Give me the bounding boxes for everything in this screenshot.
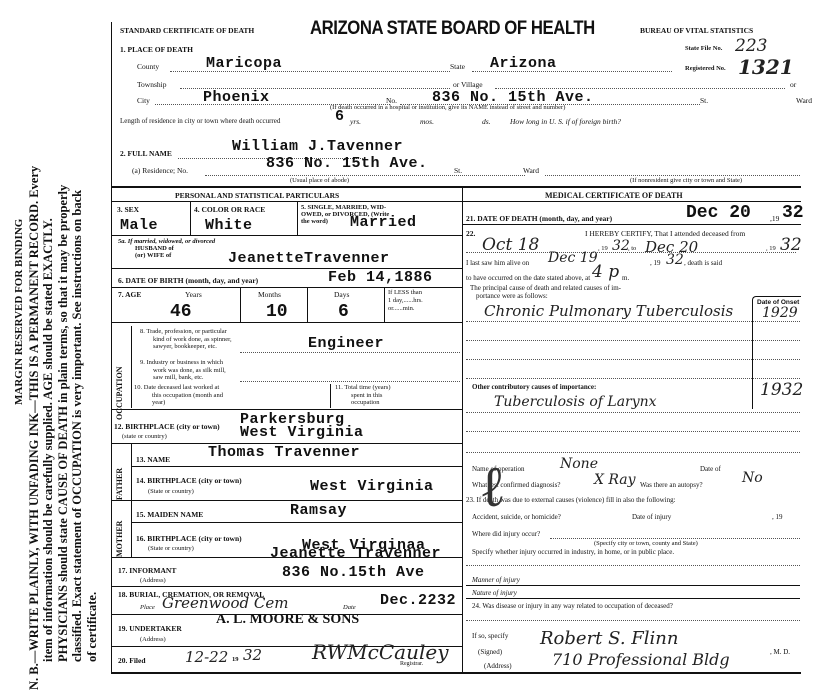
cell-divider: [384, 287, 385, 322]
race-value: White: [205, 217, 253, 234]
residence-label: (a) Residence; No.: [132, 166, 188, 175]
autopsy-value: No: [742, 470, 763, 486]
cause-line: [466, 378, 800, 379]
undertaker-stamp: A. L. MOORE & SONS: [216, 612, 359, 628]
divider: [462, 224, 801, 225]
dob-label: 6. DATE OF BIRTH (month, day, and year): [118, 276, 258, 285]
years-label: Years: [185, 290, 202, 299]
ward-line: [545, 175, 800, 176]
nature-label: Nature of injury: [472, 589, 517, 597]
md-label: , M. D.: [770, 648, 790, 656]
divider: [111, 287, 462, 288]
last-saw: Dec 19: [548, 250, 598, 266]
residence-value: 836 No. 15th Ave.: [266, 155, 428, 172]
divider: [466, 598, 800, 599]
age-months: 10: [266, 302, 288, 322]
state-label: State: [450, 62, 465, 71]
occupation-side-label: OCCUPATION: [115, 367, 124, 420]
registrar-label: Registrar.: [400, 661, 423, 667]
informant-address-label: (Address): [140, 577, 166, 584]
full-name-value: William J.Tavenner: [232, 138, 403, 155]
days-label: Days: [334, 290, 349, 299]
father-side-label: FATHER: [115, 468, 124, 500]
mother-maiden: Ramsay: [290, 502, 347, 519]
residence-years: 6: [335, 108, 345, 125]
where-label: Where did injury occur?: [472, 530, 540, 538]
place-label: Place: [140, 604, 155, 611]
informant-value: Jeanette Travenner: [270, 545, 441, 562]
months-label: Months: [258, 290, 281, 299]
occupation-related-label: 24. Was disease or injury in any way rel…: [472, 602, 673, 610]
undertaker-address-label: (Address): [140, 636, 166, 643]
nonresident-note: (If nonresident give city or town and St…: [630, 177, 742, 184]
from-19: , 19: [598, 245, 608, 252]
cause-line: [466, 340, 800, 341]
last-saw-year: 32: [666, 252, 684, 268]
if-so-label: If so, specify: [472, 632, 508, 640]
test-value: X Ray: [594, 472, 636, 488]
informant-label: 17. INFORMANT: [118, 566, 176, 575]
column-divider: [462, 186, 463, 672]
cause-line: [466, 452, 800, 453]
spouse-label: 5a. If married, widowed, or divorced HUS…: [118, 238, 215, 259]
margin-line: PHYSICIANS should state CAUSE OF DEATH i…: [56, 0, 71, 690]
attended-from: Oct 18: [482, 235, 539, 255]
city-label: City: [137, 96, 150, 105]
spouse-label-line: (or) WIFE of: [118, 252, 215, 259]
physician-address: 710 Professional Bldg: [552, 650, 730, 669]
city-value: Phoenix: [203, 89, 270, 106]
margin-line: item of information should be carefully …: [41, 0, 56, 690]
handwritten-mark: ℓ: [475, 453, 509, 521]
form-name: STANDARD CERTIFICATE OF DEATH: [120, 26, 254, 35]
hospital-note: (If death occurred in a hospital or inst…: [330, 104, 565, 111]
cause-line: [466, 412, 800, 413]
margin-line: N. B.—WRITE PLAINLY, WITH UNFADING INK—T…: [27, 0, 42, 690]
operation-date-label: Date of: [700, 465, 721, 473]
age-label: 7. AGE: [118, 290, 141, 299]
residence-ward-label: Ward: [523, 166, 539, 175]
cause-line: [466, 431, 800, 432]
burial-date-label: Date: [343, 604, 356, 611]
divider: [111, 201, 462, 202]
specify-line: [466, 565, 800, 566]
certify-num: 22.: [466, 229, 475, 238]
village-label: or Village: [453, 80, 483, 89]
total-time-label-line: 11. Total time (years): [335, 384, 391, 392]
less-label-line: or......min.: [388, 305, 423, 313]
birthplace-state-label: (state or country): [122, 433, 167, 440]
m-label: m.: [622, 274, 629, 282]
sex-label: 3. SEX: [117, 205, 139, 214]
birthplace-label: 12. BIRTHPLACE (city or town): [114, 422, 220, 431]
cell-divider: [297, 201, 298, 235]
filed-label: 20. Filed: [118, 656, 146, 665]
mother-side-label: MOTHER: [115, 521, 124, 557]
total-time-label-line: spent in this: [335, 392, 391, 400]
undertaker-label: 19. UNDERTAKER: [118, 624, 182, 633]
father-birthplace-label: 14. BIRTHPLACE (city or town): [136, 476, 242, 485]
specify-label: Specify whether injury occurred in indus…: [472, 548, 674, 556]
state-value: Arizona: [490, 55, 557, 72]
mother-birthplace-label: 16. BIRTHPLACE (city or town): [136, 534, 242, 543]
last-saw-label: I last saw him alive on: [466, 259, 529, 267]
father-name: Thomas Travenner: [208, 444, 360, 461]
foreign-label: How long in U. S. if of foreign birth?: [510, 117, 621, 126]
divider: [462, 201, 801, 202]
principal-cause: Chronic Pulmonary Tuberculosis: [484, 302, 733, 320]
burial-date: Dec.2232: [380, 592, 456, 609]
margin-instructions: MARGIN RESERVED FOR BINDING N. B.—WRITE …: [12, 0, 99, 690]
informant-address: 836 No.15th Ave: [282, 564, 425, 581]
state-file-value: 223: [735, 36, 767, 56]
residence-length-label: Length of residence in city or town wher…: [120, 117, 280, 125]
spouse-value: JeanetteTravenner: [228, 250, 390, 267]
attended-to-year: 32: [780, 235, 802, 255]
dob-value: Feb 14,1886: [328, 269, 433, 286]
bracket: [131, 500, 132, 557]
where-note: (Specify city or town, county and State): [594, 540, 698, 547]
cell-divider: [190, 201, 191, 235]
total-time-label-line: occupation: [335, 399, 391, 407]
bracket: [131, 326, 132, 408]
divider: [131, 522, 462, 523]
registered-label: Registered No.: [685, 65, 726, 72]
mother-maiden-label: 15. MAIDEN NAME: [136, 510, 203, 519]
contributory-label: Other contributory causes of importance:: [472, 383, 596, 391]
st-label: St.: [700, 96, 708, 105]
divider: [111, 235, 462, 236]
filed-year: 32: [243, 646, 262, 664]
physician-address-label: (Address): [484, 662, 512, 670]
trade-label-line: kind of work done, as spinner,: [140, 336, 232, 344]
bracket: [131, 443, 132, 500]
date-of-death-year: 32: [782, 203, 804, 223]
cell-divider: [330, 384, 331, 408]
sex-value: Male: [120, 217, 158, 234]
cell-divider: [307, 287, 308, 322]
marital-label-line: 5. SINGLE, MARRIED, WID-: [301, 204, 389, 211]
trade-value: Engineer: [308, 335, 384, 352]
marital-value: Married: [350, 214, 417, 231]
divider: [466, 585, 800, 586]
form-bottom-border: [111, 672, 801, 674]
father-name-label: 13. NAME: [136, 455, 170, 464]
ward-label: Ward: [796, 96, 812, 105]
abode-note: (Usual place of abode): [290, 177, 349, 184]
filed-date: 12-22: [185, 648, 228, 666]
cell-divider: [240, 287, 241, 322]
principal-onset: 1929: [762, 305, 798, 321]
total-time-label: 11. Total time (years) spent in this occ…: [335, 384, 391, 407]
time-of-death: 4 p: [592, 262, 619, 282]
less-label-line: If LESS than: [388, 289, 423, 297]
occurred-label: to have occurred on the date stated abov…: [466, 274, 590, 282]
spouse-label-line: 5a. If married, widowed, or divorced: [118, 238, 215, 245]
divider: [111, 409, 462, 410]
personal-section-title: PERSONAL AND STATISTICAL PARTICULARS: [175, 191, 339, 200]
place-of-death-label: 1. PLACE OF DEATH: [120, 45, 193, 54]
birthplace-state: West Virginia: [240, 424, 364, 441]
autopsy-label: Was there an autopsy?: [640, 481, 703, 489]
industry-label-line: work was done, as silk mill,: [140, 367, 226, 375]
injury-date-label: Date of injury: [632, 513, 671, 521]
form-left-border: [111, 22, 112, 672]
contributory-cause: Tuberculosis of Larynx: [494, 394, 657, 410]
burial-place: Greenwood Cem: [162, 594, 288, 612]
industry-label-line: 9. Industry or business in which: [140, 359, 226, 367]
filed-19: 19: [232, 656, 239, 663]
divider: [111, 500, 462, 501]
residence-line: [205, 175, 525, 176]
township-label: Township: [137, 80, 166, 89]
full-name-label: 2. FULL NAME: [120, 149, 172, 158]
death-said-label: , death is said: [684, 259, 722, 267]
to-label: , to: [628, 245, 636, 252]
physician-signature: Robert S. Flinn: [540, 628, 678, 649]
ds-label: ds.: [482, 117, 491, 126]
mos-label: mos.: [420, 117, 434, 126]
contributory-onset: 1932: [760, 380, 803, 400]
cause-line: [466, 359, 800, 360]
divider: [131, 466, 462, 467]
divider: [111, 322, 462, 323]
trade-label-line: sawyer, bookkeeper, etc.: [140, 343, 232, 351]
certify-label: I HEREBY CERTIFY, That I attended deceas…: [585, 229, 745, 238]
related-line: [466, 620, 800, 621]
state-file-label: State File No.: [685, 45, 722, 52]
last-saw-19: , 19: [650, 259, 661, 267]
last-worked-label: 10. Date deceased last worked at this oc…: [134, 384, 223, 407]
age-days: 6: [338, 302, 349, 322]
less-label-line: 1 day,......hrs.: [388, 297, 423, 305]
less-than-day-label: If LESS than 1 day,......hrs. or......mi…: [388, 289, 423, 313]
where-line: [550, 538, 800, 539]
date-of-death: Dec 20: [686, 203, 751, 223]
principal-cause-label: The principal cause of death and related…: [470, 285, 621, 300]
registrar-signature: RWMcCauley: [312, 640, 449, 664]
operation-value: None: [560, 456, 598, 472]
binding-note: MARGIN RESERVED FOR BINDING: [12, 0, 27, 690]
residence-st-label: St.: [454, 166, 462, 175]
or-label: or: [790, 80, 796, 89]
divider: [111, 586, 462, 587]
margin-line: classified. Exact statement of OCCUPATIO…: [70, 0, 85, 690]
mother-birthplace-state-label: (State or country): [148, 545, 194, 552]
county-label: County: [137, 62, 159, 71]
industry-line: [240, 381, 460, 382]
father-birthplace: West Virginia: [310, 478, 434, 495]
last-worked-label-line: this occupation (month and: [134, 392, 223, 400]
principal-cause-label-line: portance were as follows:: [470, 293, 621, 301]
divider: [111, 186, 801, 188]
death-19: ,19: [770, 214, 779, 223]
race-label: 4. COLOR OR RACE: [194, 205, 265, 214]
trade-line: [240, 352, 460, 353]
injury-19: , 19: [772, 513, 783, 521]
spouse-label-line: HUSBAND of: [118, 245, 215, 252]
trade-label-line: 8. Trade, profession, or particular: [140, 328, 232, 336]
last-worked-label-line: 10. Date deceased last worked at: [134, 384, 223, 392]
margin-line: of certificate.: [85, 0, 100, 690]
father-birthplace-state-label: (State or country): [148, 488, 194, 495]
trade-label: 8. Trade, profession, or particular kind…: [140, 328, 232, 351]
county-value: Maricopa: [206, 55, 282, 72]
last-worked-label-line: year): [134, 399, 223, 407]
registered-value: 1321: [738, 55, 794, 79]
industry-label-line: saw mill, bank, etc.: [140, 374, 226, 382]
medical-section-title: MEDICAL CERTIFICATE OF DEATH: [545, 191, 683, 200]
date-of-death-label: 21. DATE OF DEATH (month, day, and year): [466, 214, 612, 223]
yrs-label: yrs.: [350, 117, 361, 126]
cause-line: [466, 321, 800, 322]
bureau-label: BUREAU OF VITAL STATISTICS: [640, 26, 753, 35]
age-years: 46: [170, 302, 192, 322]
manner-label: Manner of injury: [472, 576, 520, 584]
signed-label: (Signed): [478, 648, 502, 656]
industry-label: 9. Industry or business in which work wa…: [140, 359, 226, 382]
to-19: , 19: [766, 245, 776, 252]
page-title: ARIZONA STATE BOARD OF HEALTH: [310, 18, 595, 40]
